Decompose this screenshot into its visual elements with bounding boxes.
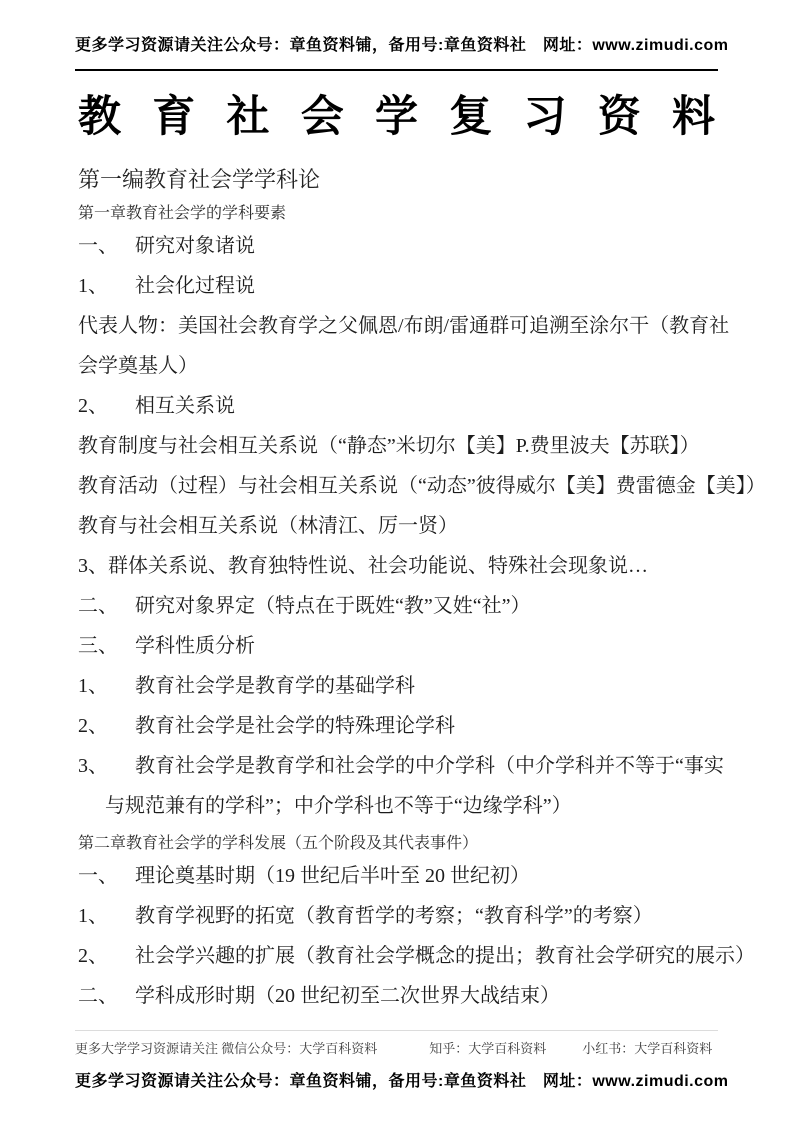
paragraph-plain: 3、群体关系说、教育独特性说、社会功能说、特殊社会现象说… <box>78 553 718 580</box>
footer-link-segment: 知乎：大学百科资料 <box>429 1041 546 1056</box>
paragraph-text: 理论奠基时期（19 世纪后半叶至 20 世纪初） <box>135 865 530 887</box>
paragraph-item: 2、相互关系说 <box>78 393 718 420</box>
paragraph-plain: 会学奠基人） <box>78 353 718 380</box>
item-number: 3、 <box>78 753 135 780</box>
document-page: 更多学习资源请关注公众号：章鱼资料铺，备用号:章鱼资料社 网址：www.zimu… <box>0 0 793 1122</box>
paragraph-plain: 代表人物：美国社会教育学之父佩恩/布朗/雷通群可追溯至涂尔干（教育社 <box>78 313 718 340</box>
paragraph-item: 二、学科成形时期（20 世纪初至二次世界大战结束） <box>78 983 718 1010</box>
paragraph-chapter: 第二章教育社会学的学科发展（五个阶段及其代表事件） <box>78 833 718 855</box>
paragraph-text: 第二章教育社会学的学科发展（五个阶段及其代表事件） <box>78 835 478 852</box>
title-char: 会 <box>301 88 344 148</box>
paragraph-text: 教育活动（过程）与社会相互关系说（“动态”彼得威尔【美】费雷德金【美】） <box>78 475 766 497</box>
paragraph-plain: 教育活动（过程）与社会相互关系说（“动态”彼得威尔【美】费雷德金【美】） <box>78 473 718 500</box>
paragraph-indent: 与规范兼有的学科”；中介学科也不等于“边缘学科”） <box>78 793 718 820</box>
paragraph-item: 3、教育社会学是教育学和社会学的中介学科（中介学科并不等于“事实 <box>78 753 718 780</box>
title-char: 习 <box>524 88 567 148</box>
paragraph-text: 学科成形时期（20 世纪初至二次世界大战结束） <box>135 985 560 1007</box>
item-number: 1、 <box>78 673 135 700</box>
footer-divider <box>75 1030 718 1031</box>
paragraph-text: 社会化过程说 <box>135 275 255 297</box>
paragraph-text: 3、群体关系说、教育独特性说、社会功能说、特殊社会现象说… <box>78 555 648 577</box>
paragraph-text: 第一章教育社会学的学科要素 <box>78 205 286 222</box>
paragraph-plain: 教育与社会相互关系说（林清江、厉一贤） <box>78 513 718 540</box>
paragraph-text: 教育社会学是教育学的基础学科 <box>135 675 415 697</box>
paragraph-item: 2、教育社会学是社会学的特殊理论学科 <box>78 713 718 740</box>
paragraph-text: 教育制度与社会相互关系说（“静态”米切尔【美】P.费里波夫【苏联】） <box>78 435 700 457</box>
header-divider <box>75 69 718 71</box>
item-number: 一、 <box>78 233 135 260</box>
item-number: 三、 <box>78 633 135 660</box>
footer-links-line: 更多大学学习资源请关注 微信公众号：大学百科资料知乎：大学百科资料小红书：大学百… <box>75 1038 718 1057</box>
paragraph-text: 会学奠基人） <box>78 355 198 377</box>
paragraph-item: 2、社会学兴趣的扩展（教育社会学概念的提出；教育社会学研究的展示） <box>78 943 718 970</box>
paragraph-item: 一、研究对象诸说 <box>78 233 718 260</box>
title-char: 学 <box>375 88 418 148</box>
title-char: 育 <box>152 88 195 148</box>
item-number: 二、 <box>78 983 135 1010</box>
item-number: 2、 <box>78 943 135 970</box>
paragraph-item: 1、教育学视野的拓宽（教育哲学的考察；“教育科学”的考察） <box>78 903 718 930</box>
paragraph-chapter: 第一章教育社会学的学科要素 <box>78 203 718 225</box>
title-char: 教 <box>78 88 121 148</box>
paragraph-item: 一、理论奠基时期（19 世纪后半叶至 20 世纪初） <box>78 863 718 890</box>
paragraph-text: 与规范兼有的学科”；中介学科也不等于“边缘学科”） <box>105 795 572 817</box>
paragraph-text: 研究对象诸说 <box>135 235 255 257</box>
paragraph-item: 1、社会化过程说 <box>78 273 718 300</box>
paragraph-part: 第一编教育社会学学科论 <box>78 165 718 195</box>
item-number: 1、 <box>78 273 135 300</box>
paragraph-item: 二、研究对象界定（特点在于既姓“教”又姓“社”） <box>78 593 718 620</box>
footer-promo-text: 更多学习资源请关注公众号：章鱼资料铺，备用号:章鱼资料社 网址：www.zimu… <box>75 1068 718 1091</box>
item-number: 二、 <box>78 593 135 620</box>
paragraph-text: 第一编教育社会学学科论 <box>78 167 320 192</box>
paragraph-plain: 教育制度与社会相互关系说（“静态”米切尔【美】P.费里波夫【苏联】） <box>78 433 718 460</box>
footer-link-segment: 小红书：大学百科资料 <box>582 1041 712 1056</box>
item-number: 一、 <box>78 863 135 890</box>
paragraph-text: 教育社会学是教育学和社会学的中介学科（中介学科并不等于“事实 <box>135 755 724 777</box>
paragraph-item: 1、教育社会学是教育学的基础学科 <box>78 673 718 700</box>
page-footer: 更多大学学习资源请关注 微信公众号：大学百科资料知乎：大学百科资料小红书：大学百… <box>75 1030 718 1091</box>
title-char: 复 <box>449 88 492 148</box>
footer-link-segment: 更多大学学习资源请关注 微信公众号：大学百科资料 <box>75 1041 377 1056</box>
paragraph-text: 学科性质分析 <box>135 635 255 657</box>
title-char: 料 <box>672 88 715 148</box>
paragraph-text: 教育与社会相互关系说（林清江、厉一贤） <box>78 515 458 537</box>
paragraph-text: 教育社会学是社会学的特殊理论学科 <box>135 715 455 737</box>
title-char: 资 <box>598 88 641 148</box>
paragraph-text: 教育学视野的拓宽（教育哲学的考察；“教育科学”的考察） <box>135 905 653 927</box>
paragraph-text: 代表人物：美国社会教育学之父佩恩/布朗/雷通群可追溯至涂尔干（教育社 <box>78 315 729 337</box>
document-title: 教育社会学复习资料 <box>78 88 715 148</box>
paragraph-text: 社会学兴趣的扩展（教育社会学概念的提出；教育社会学研究的展示） <box>135 945 755 967</box>
paragraph-text: 相互关系说 <box>135 395 235 417</box>
item-number: 2、 <box>78 713 135 740</box>
page-header: 更多学习资源请关注公众号：章鱼资料铺，备用号:章鱼资料社 网址：www.zimu… <box>75 0 718 71</box>
document-body: 第一编教育社会学学科论第一章教育社会学的学科要素一、研究对象诸说1、社会化过程说… <box>78 152 718 1023</box>
item-number: 1、 <box>78 903 135 930</box>
title-char: 社 <box>227 88 270 148</box>
header-promo-text: 更多学习资源请关注公众号：章鱼资料铺，备用号:章鱼资料社 网址：www.zimu… <box>75 32 718 55</box>
paragraph-item: 三、学科性质分析 <box>78 633 718 660</box>
paragraph-text: 研究对象界定（特点在于既姓“教”又姓“社”） <box>135 595 531 617</box>
item-number: 2、 <box>78 393 135 420</box>
